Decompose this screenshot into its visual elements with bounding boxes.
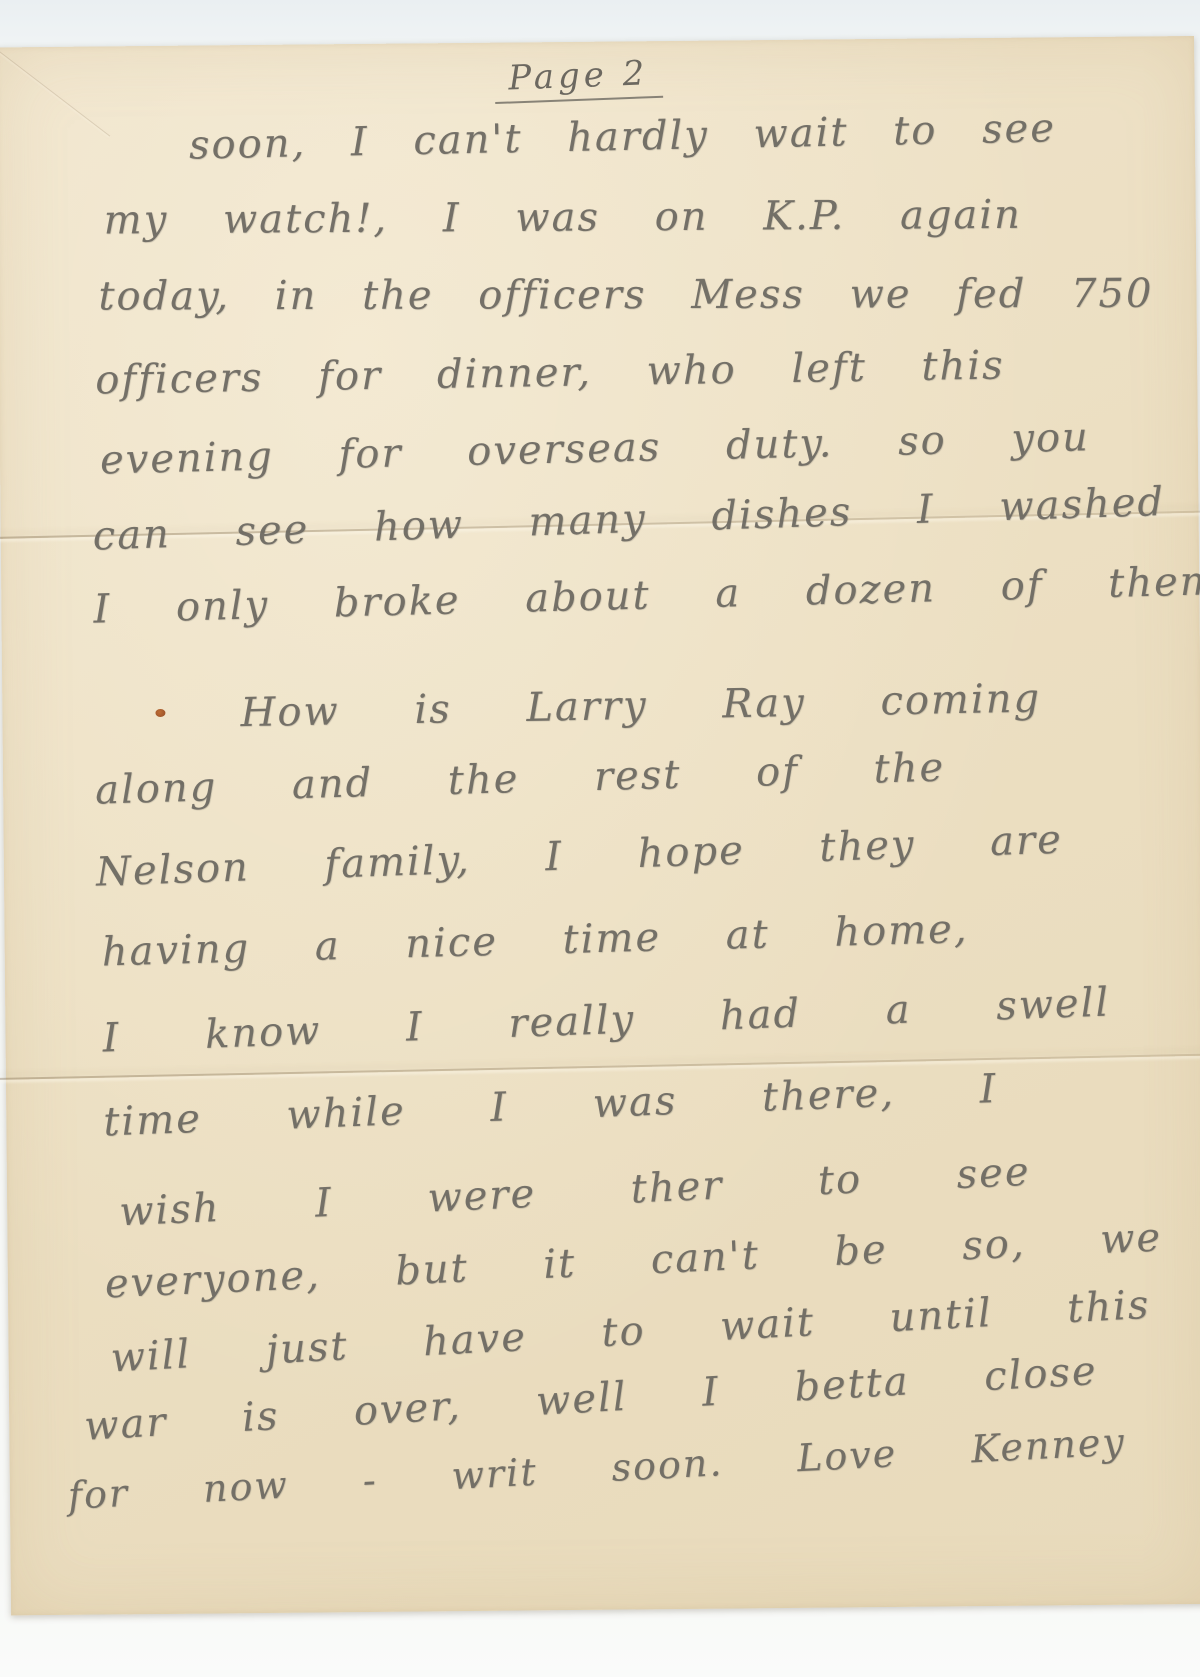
- handwriting-line-7: I only broke about a dozen of them: [93, 561, 1200, 629]
- handwriting-line-9: along and the rest of the: [95, 748, 946, 811]
- corner-crease: [0, 38, 110, 136]
- handwriting-line-4: officers for dinner, who left this: [95, 345, 1005, 400]
- handwriting-line-14: wish I were ther to see: [118, 1152, 1031, 1233]
- handwriting-line-11: having a nice time at home,: [101, 909, 969, 972]
- page-number-label: Page 2: [494, 53, 664, 104]
- handwriting-line-3: today, in the officers Mess we fed 750: [98, 274, 1153, 317]
- letter-paper: Page 2 soon, I can't hardly wait to see …: [0, 36, 1200, 1615]
- handwriting-line-1: soon, I can't hardly wait to see: [189, 108, 1057, 165]
- stain-dot: [155, 709, 165, 717]
- scan-background: Page 2 soon, I can't hardly wait to see …: [0, 0, 1200, 1677]
- handwriting-line-8: How is Larry Ray coming: [240, 679, 1041, 734]
- handwriting-line-13: time while I was there, I: [103, 1069, 998, 1143]
- handwriting-line-2: my watch!, I was on K.P. again: [104, 195, 1022, 241]
- handwriting-line-6: can see how many dishes I washed: [92, 482, 1165, 557]
- handwriting-line-10: Nelson family, I hope they are: [95, 820, 1063, 893]
- handwriting-line-12: I know I really had a swell: [102, 982, 1111, 1058]
- handwriting-line-5: evening for overseas duty. so you: [100, 417, 1091, 480]
